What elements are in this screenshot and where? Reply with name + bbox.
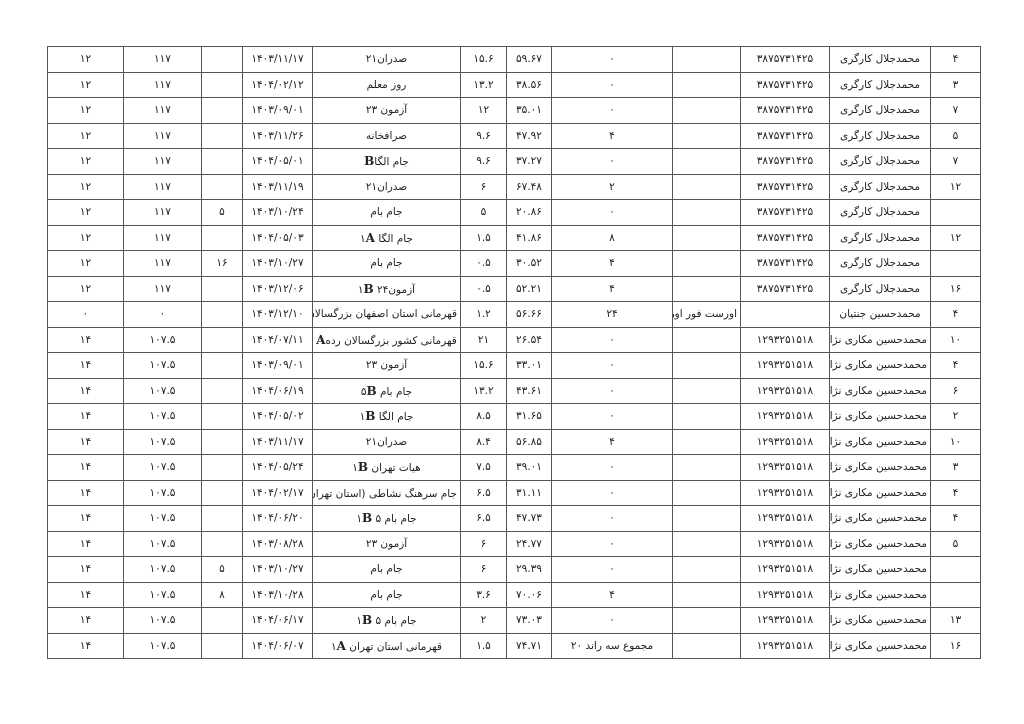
bonus-cell: ۴ bbox=[552, 429, 673, 455]
national-id-cell: ۳۸۷۵۷۳۱۴۲۵ bbox=[741, 200, 830, 226]
base-cell: ۱۰۷.۵ bbox=[124, 582, 202, 608]
date-cell: ۱۴۰۳/۱۰/۲۸ bbox=[243, 582, 313, 608]
rank-cell: ۱۰ bbox=[931, 327, 981, 353]
coef-cell: ۱۲ bbox=[48, 72, 124, 98]
name-cell: محمدحسین مکاری نژاد bbox=[830, 353, 931, 379]
name-cell: محمدحسین مکاری نژاد bbox=[830, 327, 931, 353]
points-cell: ۶.۵ bbox=[461, 480, 507, 506]
rank-cell: ۳ bbox=[931, 72, 981, 98]
event-grade: B bbox=[364, 282, 374, 296]
table-row: ۱۴۱۰۷.۵۱۴۰۳/۱۱/۱۷صدران۲۱۸.۴۵۶.۸۵۴۱۲۹۳۲۵۱… bbox=[48, 429, 981, 455]
base-cell: ۱۰۷.۵ bbox=[124, 327, 202, 353]
base-cell: ۱۱۷ bbox=[124, 251, 202, 277]
table-row: ۱۲۱۱۷۱۴۰۳/۱۱/۲۶صرافخانه۹.۶۴۷.۹۲۴۳۸۷۵۷۳۱۴… bbox=[48, 123, 981, 149]
rank-cell: ۴ bbox=[931, 47, 981, 73]
event-cell: جام بام ۵B bbox=[313, 378, 461, 404]
table-row: ۱۴۱۰۷.۵۱۴۰۴/۰۶/۱۹جام بام ۵B۱۳.۲۴۳.۶۱۰۱۲۹… bbox=[48, 378, 981, 404]
score-cell: ۶۷.۴۸ bbox=[507, 174, 552, 200]
table-row: ۱۲۱۱۷۱۴۰۴/۰۵/۰۳جام الگا ۱A۱.۵۴۱.۸۶۸۳۸۷۵۷… bbox=[48, 225, 981, 251]
score-cell: ۴۷.۹۲ bbox=[507, 123, 552, 149]
note-cell bbox=[202, 327, 243, 353]
points-cell: ۶ bbox=[461, 557, 507, 583]
club-cell bbox=[673, 200, 741, 226]
event-cell: جام بام bbox=[313, 557, 461, 583]
bonus-cell: ۰ bbox=[552, 531, 673, 557]
coef-cell: ۱۲ bbox=[48, 98, 124, 124]
note-cell bbox=[202, 404, 243, 430]
national-id-cell: ۳۸۷۵۷۳۱۴۲۵ bbox=[741, 251, 830, 277]
rank-cell: ۴ bbox=[931, 506, 981, 532]
club-cell bbox=[673, 174, 741, 200]
national-id-cell: ۱۲۹۳۲۵۱۵۱۸ bbox=[741, 608, 830, 634]
base-cell: ۱۱۷ bbox=[124, 149, 202, 175]
date-cell: ۱۴۰۳/۰۹/۰۱ bbox=[243, 353, 313, 379]
table-row: ۱۴۱۰۷.۵۱۴۰۴/۰۲/۱۷جام سرهنگ نشاطی (استان … bbox=[48, 480, 981, 506]
table-row: ۱۴۱۰۷.۵۱۴۰۴/۰۵/۰۲جام الگا ۱B۸.۵۳۱.۶۵۰۱۲۹… bbox=[48, 404, 981, 430]
table-row: ۱۴۱۰۷.۵۱۴۰۴/۰۶/۲۰جام بام ۵ ۱B۶.۵۴۷.۷۳۰۱۲… bbox=[48, 506, 981, 532]
coef-cell: ۱۴ bbox=[48, 557, 124, 583]
base-cell: ۱۱۷ bbox=[124, 47, 202, 73]
event-cell: جام بام bbox=[313, 582, 461, 608]
results-table: ۱۲۱۱۷۱۴۰۳/۱۱/۱۷صدران۲۱۱۵.۶۵۹.۶۷۰۳۸۷۵۷۳۱۴… bbox=[47, 46, 981, 659]
event-cell: قهرمانی کشور بزرگسالان ردهA bbox=[313, 327, 461, 353]
name-cell: محمدحسین مکاری نژاد bbox=[830, 506, 931, 532]
club-cell bbox=[673, 455, 741, 481]
event-cell: جام الگاB bbox=[313, 149, 461, 175]
club-cell bbox=[673, 531, 741, 557]
national-id-cell: ۳۸۷۵۷۳۱۴۲۵ bbox=[741, 149, 830, 175]
event-grade: B bbox=[362, 511, 372, 525]
national-id-cell: ۳۸۷۵۷۳۱۴۲۵ bbox=[741, 225, 830, 251]
club-cell bbox=[673, 582, 741, 608]
national-id-cell: ۱۲۹۳۲۵۱۵۱۸ bbox=[741, 353, 830, 379]
table-row: ۱۴۱۰۷.۵۱۴۰۴/۰۶/۱۷جام بام ۵ ۱B۲۷۳.۰۳۰۱۲۹۳… bbox=[48, 608, 981, 634]
rank-cell: ۷ bbox=[931, 98, 981, 124]
coef-cell: ۱۴ bbox=[48, 633, 124, 659]
note-cell bbox=[202, 480, 243, 506]
national-id-cell: ۱۲۹۳۲۵۱۵۱۸ bbox=[741, 455, 830, 481]
club-cell bbox=[673, 506, 741, 532]
event-cell: صدران۲۱ bbox=[313, 429, 461, 455]
score-cell: ۵۶.۸۵ bbox=[507, 429, 552, 455]
score-cell: ۲۴.۷۷ bbox=[507, 531, 552, 557]
name-cell: محمدحسین مکاری نژاد bbox=[830, 582, 931, 608]
name-cell: محمدحسین مکاری نژاد bbox=[830, 531, 931, 557]
club-cell bbox=[673, 378, 741, 404]
note-cell: ۵ bbox=[202, 557, 243, 583]
score-cell: ۲۰.۸۶ bbox=[507, 200, 552, 226]
name-cell: محمدحسین مکاری نژاد bbox=[830, 404, 931, 430]
coef-cell: ۱۲ bbox=[48, 174, 124, 200]
coef-cell: ۱۲ bbox=[48, 47, 124, 73]
national-id-cell: ۳۸۷۵۷۳۱۴۲۵ bbox=[741, 174, 830, 200]
date-cell: ۱۴۰۳/۱۱/۱۷ bbox=[243, 429, 313, 455]
bonus-cell: ۲ bbox=[552, 174, 673, 200]
base-cell: ۱۱۷ bbox=[124, 225, 202, 251]
score-cell: ۳۱.۶۵ bbox=[507, 404, 552, 430]
note-cell bbox=[202, 378, 243, 404]
date-cell: ۱۴۰۴/۰۵/۰۲ bbox=[243, 404, 313, 430]
score-cell: ۳۷.۲۷ bbox=[507, 149, 552, 175]
coef-cell: ۱۲ bbox=[48, 251, 124, 277]
rank-cell: ۷ bbox=[931, 149, 981, 175]
table-row: ۱۴۱۰۷.۵۱۴۰۳/۰۹/۰۱آزمون ۲۳۱۵.۶۳۳.۰۱۰۱۲۹۳۲… bbox=[48, 353, 981, 379]
base-cell: ۱۰۷.۵ bbox=[124, 608, 202, 634]
name-cell: محمدحسین مکاری نژاد bbox=[830, 429, 931, 455]
score-cell: ۲۹.۳۹ bbox=[507, 557, 552, 583]
national-id-cell: ۱۲۹۳۲۵۱۵۱۸ bbox=[741, 480, 830, 506]
table-row: ۱۲۱۱۷۱۴۰۳/۰۹/۰۱آزمون ۲۳۱۲۳۵.۰۱۰۳۸۷۵۷۳۱۴۲… bbox=[48, 98, 981, 124]
score-cell: ۳۰.۵۲ bbox=[507, 251, 552, 277]
note-cell: ۸ bbox=[202, 582, 243, 608]
date-cell: ۱۴۰۳/۰۹/۰۱ bbox=[243, 98, 313, 124]
points-cell: ۱.۵ bbox=[461, 633, 507, 659]
points-cell: ۱۳.۲ bbox=[461, 72, 507, 98]
note-cell: ۵ bbox=[202, 200, 243, 226]
event-cell: آزمون۲۴ ۱B bbox=[313, 276, 461, 302]
points-cell: ۱۵.۶ bbox=[461, 47, 507, 73]
date-cell: ۱۴۰۴/۰۵/۰۱ bbox=[243, 149, 313, 175]
event-cell: جام بام ۵ ۱B bbox=[313, 506, 461, 532]
bonus-cell: ۰ bbox=[552, 455, 673, 481]
coef-cell: ۱۲ bbox=[48, 149, 124, 175]
national-id-cell: ۱۲۹۳۲۵۱۵۱۸ bbox=[741, 582, 830, 608]
base-cell: ۱۱۷ bbox=[124, 123, 202, 149]
rank-cell: ۴ bbox=[931, 302, 981, 328]
name-cell: محمدجلال کارگری bbox=[830, 225, 931, 251]
national-id-cell: ۳۸۷۵۷۳۱۴۲۵ bbox=[741, 123, 830, 149]
event-name: جام الگا bbox=[374, 156, 409, 168]
date-cell: ۱۴۰۴/۰۷/۱۱ bbox=[243, 327, 313, 353]
coef-cell: ۱۴ bbox=[48, 353, 124, 379]
national-id-cell: ۱۲۹۳۲۵۱۵۱۸ bbox=[741, 327, 830, 353]
name-cell: محمدحسین مکاری نژاد bbox=[830, 455, 931, 481]
coef-cell: ۱۲ bbox=[48, 200, 124, 226]
date-cell: ۱۴۰۴/۰۶/۲۰ bbox=[243, 506, 313, 532]
rank-cell bbox=[931, 582, 981, 608]
national-id-cell: ۱۲۹۳۲۵۱۵۱۸ bbox=[741, 633, 830, 659]
coef-cell: ۱۴ bbox=[48, 327, 124, 353]
club-cell bbox=[673, 123, 741, 149]
rank-cell: ۱۶ bbox=[931, 276, 981, 302]
table-row: ۱۴۱۰۷.۵۱۴۰۴/۰۵/۲۴هیات تهران ۱B۷.۵۳۹.۰۱۰۱… bbox=[48, 455, 981, 481]
score-cell: ۳۵.۰۱ bbox=[507, 98, 552, 124]
event-name: جام سرهنگ نشاطی (استان تهران) ۱ bbox=[313, 488, 458, 500]
date-cell: ۱۴۰۳/۰۸/۲۸ bbox=[243, 531, 313, 557]
score-cell: ۳۸.۵۶ bbox=[507, 72, 552, 98]
table-row: ۱۲۱۱۷۱۴۰۳/۱۲/۰۶آزمون۲۴ ۱B۰.۵۵۲.۲۱۴۳۸۷۵۷۳… bbox=[48, 276, 981, 302]
points-cell: ۶.۵ bbox=[461, 506, 507, 532]
name-cell: محمدجلال کارگری bbox=[830, 72, 931, 98]
points-cell: ۱۳.۲ bbox=[461, 378, 507, 404]
table-row: ۱۲۱۱۷۵۱۴۰۳/۱۰/۲۴جام بام۵۲۰.۸۶۰۳۸۷۵۷۳۱۴۲۵… bbox=[48, 200, 981, 226]
name-cell: محمدحسین مکاری نژاد bbox=[830, 557, 931, 583]
club-cell bbox=[673, 47, 741, 73]
name-cell: محمدجلال کارگری bbox=[830, 98, 931, 124]
bonus-cell: ۰ bbox=[552, 608, 673, 634]
club-cell bbox=[673, 251, 741, 277]
bonus-cell: ۰ bbox=[552, 72, 673, 98]
rank-cell: ۱۲ bbox=[931, 174, 981, 200]
club-cell bbox=[673, 225, 741, 251]
coef-cell: ۰ bbox=[48, 302, 124, 328]
table-row: ۱۴۱۰۷.۵۱۴۰۴/۰۷/۱۱قهرمانی کشور بزرگسالان … bbox=[48, 327, 981, 353]
bonus-cell: ۰ bbox=[552, 353, 673, 379]
date-cell: ۱۴۰۳/۱۲/۰۶ bbox=[243, 276, 313, 302]
base-cell: ۱۰۷.۵ bbox=[124, 455, 202, 481]
score-cell: ۷۳.۰۳ bbox=[507, 608, 552, 634]
points-cell: ۱.۵ bbox=[461, 225, 507, 251]
rank-cell: ۴ bbox=[931, 353, 981, 379]
table-row: ۱۲۱۱۷۱۶۱۴۰۳/۱۰/۲۷جام بام۰.۵۳۰.۵۲۴۳۸۷۵۷۳۱… bbox=[48, 251, 981, 277]
coef-cell: ۱۲ bbox=[48, 225, 124, 251]
name-cell: محمدحسین مکاری نژاد bbox=[830, 633, 931, 659]
date-cell: ۱۴۰۴/۰۲/۱۷ bbox=[243, 480, 313, 506]
national-id-cell: ۱۲۹۳۲۵۱۵۱۸ bbox=[741, 557, 830, 583]
coef-cell: ۱۴ bbox=[48, 506, 124, 532]
table-row: ۱۲۱۱۷۱۴۰۳/۱۱/۱۷صدران۲۱۱۵.۶۵۹.۶۷۰۳۸۷۵۷۳۱۴… bbox=[48, 47, 981, 73]
name-cell: محمدحسین مکاری نژاد bbox=[830, 480, 931, 506]
score-cell: ۲۶.۵۴ bbox=[507, 327, 552, 353]
event-cell: آزمون ۲۳ bbox=[313, 353, 461, 379]
note-cell bbox=[202, 47, 243, 73]
note-cell bbox=[202, 633, 243, 659]
bonus-cell: ۸ bbox=[552, 225, 673, 251]
date-cell: ۱۴۰۳/۱۰/۲۷ bbox=[243, 557, 313, 583]
date-cell: ۱۴۰۳/۱۱/۱۹ bbox=[243, 174, 313, 200]
points-cell: ۸.۵ bbox=[461, 404, 507, 430]
coef-cell: ۱۴ bbox=[48, 480, 124, 506]
date-cell: ۱۴۰۴/۰۶/۱۹ bbox=[243, 378, 313, 404]
national-id-cell: ۱۲۹۳۲۵۱۵۱۸ bbox=[741, 506, 830, 532]
event-cell: صرافخانه bbox=[313, 123, 461, 149]
rank-cell: ۶ bbox=[931, 378, 981, 404]
score-cell: ۳۱.۱۱ bbox=[507, 480, 552, 506]
bonus-cell: ۴ bbox=[552, 123, 673, 149]
note-cell bbox=[202, 276, 243, 302]
event-name: قهرمانی کشور بزرگسالان رده bbox=[325, 335, 456, 347]
note-cell bbox=[202, 455, 243, 481]
base-cell: ۱۰۷.۵ bbox=[124, 633, 202, 659]
date-cell: ۱۴۰۳/۱۱/۲۶ bbox=[243, 123, 313, 149]
table-row: ۱۴۱۰۷.۵۱۴۰۳/۰۸/۲۸آزمون ۲۳۶۲۴.۷۷۰۱۲۹۳۲۵۱۵… bbox=[48, 531, 981, 557]
note-cell bbox=[202, 149, 243, 175]
note-cell bbox=[202, 225, 243, 251]
event-cell: جام بام ۵ ۱B bbox=[313, 608, 461, 634]
bonus-cell: ۰ bbox=[552, 557, 673, 583]
base-cell: ۱۰۷.۵ bbox=[124, 557, 202, 583]
bonus-cell: ۰ bbox=[552, 149, 673, 175]
name-cell: محمدجلال کارگری bbox=[830, 123, 931, 149]
national-id-cell: ۳۸۷۵۷۳۱۴۲۵ bbox=[741, 98, 830, 124]
bonus-cell: ۴ bbox=[552, 582, 673, 608]
bonus-cell: مجموع سه راند ۲۰ bbox=[552, 633, 673, 659]
name-cell: محمدحسین جنتیان bbox=[830, 302, 931, 328]
note-cell bbox=[202, 72, 243, 98]
date-cell: ۱۴۰۴/۰۶/۰۷ bbox=[243, 633, 313, 659]
note-cell bbox=[202, 429, 243, 455]
points-cell: ۲ bbox=[461, 608, 507, 634]
national-id-cell: ۳۸۷۵۷۳۱۴۲۵ bbox=[741, 276, 830, 302]
points-cell: ۹.۶ bbox=[461, 123, 507, 149]
bonus-cell: ۴ bbox=[552, 276, 673, 302]
points-cell: ۱.۲ bbox=[461, 302, 507, 328]
event-cell: جام بام bbox=[313, 200, 461, 226]
note-cell bbox=[202, 506, 243, 532]
national-id-cell: ۱۲۹۳۲۵۱۵۱۸ bbox=[741, 429, 830, 455]
name-cell: محمدحسین مکاری نژاد bbox=[830, 608, 931, 634]
score-cell: ۳۳.۰۱ bbox=[507, 353, 552, 379]
points-cell: ۸.۴ bbox=[461, 429, 507, 455]
name-cell: محمدجلال کارگری bbox=[830, 200, 931, 226]
national-id-cell: ۱۲۹۳۲۵۱۵۱۸ bbox=[741, 531, 830, 557]
base-cell: ۱۰۷.۵ bbox=[124, 429, 202, 455]
national-id-cell: ۳۸۷۵۷۳۱۴۲۵ bbox=[741, 47, 830, 73]
club-cell bbox=[673, 633, 741, 659]
score-cell: ۴۱.۸۶ bbox=[507, 225, 552, 251]
club-cell bbox=[673, 404, 741, 430]
bonus-cell: ۰ bbox=[552, 327, 673, 353]
points-cell: ۷.۵ bbox=[461, 455, 507, 481]
note-cell bbox=[202, 174, 243, 200]
club-cell bbox=[673, 429, 741, 455]
bonus-cell: ۰ bbox=[552, 98, 673, 124]
points-cell: ۹.۶ bbox=[461, 149, 507, 175]
event-grade: B bbox=[366, 384, 376, 398]
bonus-cell: ۰ bbox=[552, 506, 673, 532]
name-cell: محمدحسین مکاری نژاد bbox=[830, 378, 931, 404]
event-cell: آزمون ۲۳ bbox=[313, 531, 461, 557]
club-cell bbox=[673, 327, 741, 353]
table-row: ۱۴۱۰۷.۵۱۴۰۴/۰۶/۰۷قهرمانی استان تهران ۱A۱… bbox=[48, 633, 981, 659]
name-cell: محمدجلال کارگری bbox=[830, 174, 931, 200]
points-cell: ۰.۵ bbox=[461, 276, 507, 302]
club-cell bbox=[673, 276, 741, 302]
score-cell: ۷۴.۷۱ bbox=[507, 633, 552, 659]
rank-cell bbox=[931, 251, 981, 277]
score-cell: ۴۷.۷۳ bbox=[507, 506, 552, 532]
points-cell: ۱۵.۶ bbox=[461, 353, 507, 379]
coef-cell: ۱۴ bbox=[48, 455, 124, 481]
table-row: ۱۴۱۰۷.۵۸۱۴۰۳/۱۰/۲۸جام بام۳.۶۷۰.۰۶۴۱۲۹۳۲۵… bbox=[48, 582, 981, 608]
event-grade: B bbox=[365, 409, 375, 423]
coef-cell: ۱۴ bbox=[48, 404, 124, 430]
event-cell: آزمون ۲۳ bbox=[313, 98, 461, 124]
score-cell: ۵۶.۶۶ bbox=[507, 302, 552, 328]
event-cell: روز معلم bbox=[313, 72, 461, 98]
club-cell bbox=[673, 98, 741, 124]
name-cell: محمدجلال کارگری bbox=[830, 149, 931, 175]
rank-cell: ۲ bbox=[931, 404, 981, 430]
score-cell: ۵۹.۶۷ bbox=[507, 47, 552, 73]
base-cell: ۱۰۷.۵ bbox=[124, 404, 202, 430]
table-row: ۱۲۱۱۷۱۴۰۴/۰۲/۱۲روز معلم۱۳.۲۳۸.۵۶۰۳۸۷۵۷۳۱… bbox=[48, 72, 981, 98]
date-cell: ۱۴۰۴/۰۲/۱۲ bbox=[243, 72, 313, 98]
rank-cell: ۵ bbox=[931, 123, 981, 149]
base-cell: ۱۱۷ bbox=[124, 72, 202, 98]
score-cell: ۴۳.۶۱ bbox=[507, 378, 552, 404]
club-cell bbox=[673, 608, 741, 634]
club-cell bbox=[673, 557, 741, 583]
base-cell: ۱۰۷.۵ bbox=[124, 506, 202, 532]
bonus-cell: ۴ bbox=[552, 251, 673, 277]
points-cell: ۳.۶ bbox=[461, 582, 507, 608]
points-cell: ۶ bbox=[461, 174, 507, 200]
rank-cell bbox=[931, 557, 981, 583]
coef-cell: ۱۲ bbox=[48, 123, 124, 149]
rank-cell: ۱۰ bbox=[931, 429, 981, 455]
points-cell: ۰.۵ bbox=[461, 251, 507, 277]
bonus-cell: ۰ bbox=[552, 378, 673, 404]
event-cell: جام الگا ۱B bbox=[313, 404, 461, 430]
base-cell: ۱۰۷.۵ bbox=[124, 531, 202, 557]
bonus-cell: ۰ bbox=[552, 200, 673, 226]
name-cell: محمدجلال کارگری bbox=[830, 251, 931, 277]
coef-cell: ۱۴ bbox=[48, 378, 124, 404]
coef-cell: ۱۴ bbox=[48, 582, 124, 608]
event-cell: جام سرهنگ نشاطی (استان تهران) ۱B bbox=[313, 480, 461, 506]
event-cell: صدران۲۱ bbox=[313, 47, 461, 73]
coef-cell: ۱۴ bbox=[48, 429, 124, 455]
rank-cell bbox=[931, 200, 981, 226]
points-cell: ۶ bbox=[461, 531, 507, 557]
national-id-cell: ۱۲۹۳۲۵۱۵۱۸ bbox=[741, 378, 830, 404]
base-cell: ۱۰۷.۵ bbox=[124, 480, 202, 506]
event-name: قهرمانی استان تهران ۱ bbox=[331, 641, 442, 653]
event-grade: A bbox=[366, 231, 375, 245]
club-cell bbox=[673, 72, 741, 98]
coef-cell: ۱۴ bbox=[48, 608, 124, 634]
note-cell bbox=[202, 531, 243, 557]
date-cell: ۱۴۰۳/۱۰/۲۴ bbox=[243, 200, 313, 226]
score-cell: ۷۰.۰۶ bbox=[507, 582, 552, 608]
base-cell: ۱۱۷ bbox=[124, 174, 202, 200]
rank-cell: ۱۶ bbox=[931, 633, 981, 659]
event-cell: قهرمانی استان تهران ۱A bbox=[313, 633, 461, 659]
base-cell: ۱۱۷ bbox=[124, 200, 202, 226]
rank-cell: ۱۳ bbox=[931, 608, 981, 634]
bonus-cell: ۲۴ bbox=[552, 302, 673, 328]
event-grade: A bbox=[337, 639, 346, 653]
base-cell: ۱۰۷.۵ bbox=[124, 378, 202, 404]
club-cell bbox=[673, 149, 741, 175]
note-cell bbox=[202, 98, 243, 124]
event-grade: B bbox=[364, 154, 374, 168]
base-cell: ۱۰۷.۵ bbox=[124, 353, 202, 379]
table-row: ۱۲۱۱۷۱۴۰۳/۱۱/۱۹صدران۲۱۶۶۷.۴۸۲۳۸۷۵۷۳۱۴۲۵م… bbox=[48, 174, 981, 200]
event-cell: هیات تهران ۱B bbox=[313, 455, 461, 481]
note-cell bbox=[202, 353, 243, 379]
coef-cell: ۱۲ bbox=[48, 276, 124, 302]
score-cell: ۵۲.۲۱ bbox=[507, 276, 552, 302]
date-cell: ۱۴۰۴/۰۵/۰۳ bbox=[243, 225, 313, 251]
name-cell: محمدجلال کارگری bbox=[830, 276, 931, 302]
club-cell bbox=[673, 480, 741, 506]
bonus-cell: ۰ bbox=[552, 47, 673, 73]
points-cell: ۵ bbox=[461, 200, 507, 226]
rank-cell: ۱۲ bbox=[931, 225, 981, 251]
points-cell: ۱۲ bbox=[461, 98, 507, 124]
event-grade: B bbox=[362, 613, 372, 627]
note-cell bbox=[202, 608, 243, 634]
table-row: ۱۴۱۰۷.۵۵۱۴۰۳/۱۰/۲۷جام بام۶۲۹.۳۹۰۱۲۹۳۲۵۱۵… bbox=[48, 557, 981, 583]
score-cell: ۳۹.۰۱ bbox=[507, 455, 552, 481]
note-cell bbox=[202, 123, 243, 149]
date-cell: ۱۴۰۴/۰۵/۲۴ bbox=[243, 455, 313, 481]
event-cell: قهرمانی استان اصفهان بزرگسالان bbox=[313, 302, 461, 328]
table-row: ۰۰۱۴۰۳/۱۲/۱۰قهرمانی استان اصفهان بزرگسال… bbox=[48, 302, 981, 328]
bonus-cell: ۰ bbox=[552, 404, 673, 430]
